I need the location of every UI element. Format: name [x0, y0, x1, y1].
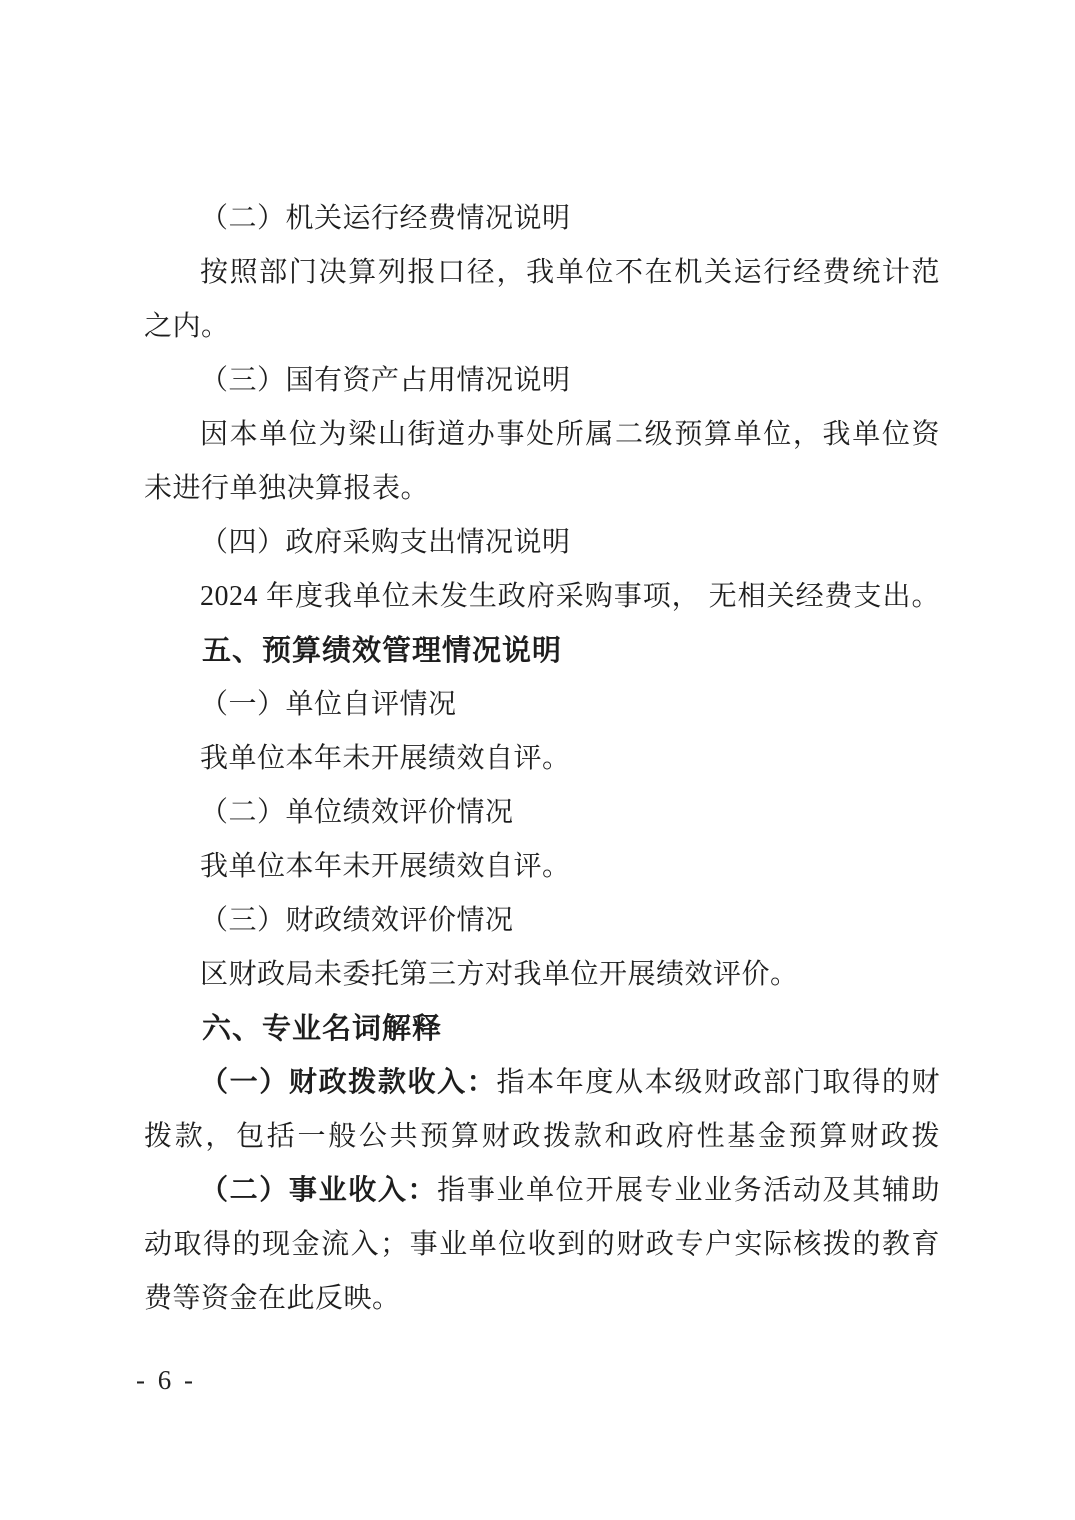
text-line: （二）单位绩效评价情况 [144, 786, 940, 840]
text-line: 区财政局未委托第三方对我单位开展绩效评价。 [144, 948, 940, 1002]
text-line: （一）单位自评情况 [144, 678, 940, 732]
text-line: （二）机关运行经费情况说明 [144, 192, 940, 246]
document-body: （二）机关运行经费情况说明按照部门决算列报口径，我单位不在机关运行经费统计范围之… [144, 192, 940, 1326]
text-line: 拨款，包括一般公共预算财政拨款和政府性基金预算财政拨款。 [144, 1110, 940, 1164]
text-line: 我单位本年未开展绩效自评。 [144, 840, 940, 894]
document-page: （二）机关运行经费情况说明按照部门决算列报口径，我单位不在机关运行经费统计范围之… [0, 0, 1075, 1520]
text-line: （四）政府采购支出情况说明 [144, 516, 940, 570]
text-line: 费等资金在此反映。 [144, 1272, 940, 1326]
text-line: （二）事业收入：指事业单位开展专业业务活动及其辅助活 [144, 1164, 940, 1218]
text-line: 按照部门决算列报口径，我单位不在机关运行经费统计范围 [144, 246, 940, 300]
text-line: 之内。 [144, 300, 940, 354]
page-number-footer: - 6 - [136, 1365, 196, 1396]
text-line: （三）国有资产占用情况说明 [144, 354, 940, 408]
text-line: 因本单位为梁山街道办事处所属二级预算单位，我单位资产 [144, 408, 940, 462]
section-heading: 五、预算绩效管理情况说明 [144, 624, 940, 678]
section-heading: 六、专业名词解释 [144, 1002, 940, 1056]
term-label: （一）财政拨款收入： [200, 1067, 496, 1098]
text-line: 我单位本年未开展绩效自评。 [144, 732, 940, 786]
text-line: 未进行单独决算报表。 [144, 462, 940, 516]
term-label: （二）事业收入： [200, 1175, 437, 1206]
text-line: 2024 年度我单位未发生政府采购事项， 无相关经费支出。 [144, 570, 940, 624]
text-line: 动取得的现金流入；事业单位收到的财政专户实际核拨的教育收 [144, 1218, 940, 1272]
text-line: （一）财政拨款收入：指本年度从本级财政部门取得的财政 [144, 1056, 940, 1110]
text-line: （三）财政绩效评价情况 [144, 894, 940, 948]
